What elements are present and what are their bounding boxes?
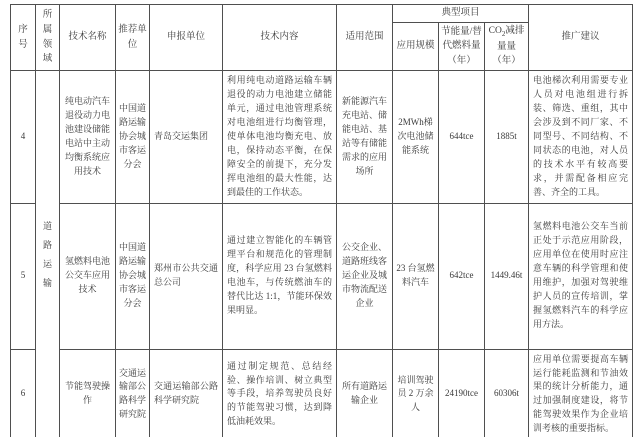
header-field-label: 所属领域	[43, 8, 53, 67]
cell-scope: 新能源汽车充电站、储能电站、基站等有储能需求的应用场所	[337, 71, 393, 203]
cell-promotion: 电池梯次利用需要专业人员对电池组进行拆装、筛选、重组，其中会涉及到不同厂家、不同…	[529, 71, 633, 203]
cell-promotion: 应用单位需要提高车辆运行能耗监测和节油效果的统计分析能力，通过加强制度建设，将节…	[529, 349, 633, 437]
table-row: 6 节能驾驶操作 交通运输部公路科学研究院 交通运输部公路科学研究院 通过制定规…	[11, 349, 633, 437]
catalog-table: 序号 所属领域 技术名称 推荐单位 申报单位 技术内容 适用范围 典型项目 推广…	[10, 4, 633, 437]
cell-co2: 1449.46t	[485, 203, 529, 349]
header-co2: CO2减排量量（年）	[485, 23, 529, 71]
header-seq-label: 序号	[18, 23, 28, 52]
cell-energy-saving: 644tce	[439, 71, 485, 203]
cell-scope: 公交企业、道路班线客运企业及城市物流配送企业	[337, 203, 393, 349]
table-row: 5 氢燃料电池公交车应用技术 中国道路运输协会城市客运分会 郑州市公共交通总公司…	[11, 203, 633, 349]
cell-energy-saving: 24190tce	[439, 349, 485, 437]
cell-applicant: 郑州市公共交通总公司	[150, 203, 223, 349]
header-field: 所属领域	[36, 5, 60, 71]
cell-recommender: 中国道路运输协会城市客运分会	[116, 71, 150, 203]
cell-applicant: 交通运输部公路科学研究院	[150, 349, 223, 437]
header-scale: 应用规模	[393, 23, 439, 71]
header-scope: 适用范围	[337, 5, 393, 71]
cell-tech-name: 纯电动汽车退役动力电池建设储能电站中主动均衡系统应用技术	[60, 71, 116, 203]
header-applicant: 申报单位	[150, 5, 223, 71]
cell-applicant: 青岛交运集团	[150, 71, 223, 203]
cell-promotion: 氢燃料电池公交车当前正处于示范应用阶段，应用单位在使用时应注意车辆的科学管理和使…	[529, 203, 633, 349]
cell-field-label: 道路运输	[43, 217, 52, 293]
cell-scope: 所有道路运输企业	[337, 349, 393, 437]
header-tech-name: 技术名称	[60, 5, 116, 71]
document-page: 序号 所属领域 技术名称 推荐单位 申报单位 技术内容 适用范围 典型项目 推广…	[0, 0, 640, 437]
cell-scale: 2MWh梯次电池储能系统	[393, 71, 439, 203]
table-header: 序号 所属领域 技术名称 推荐单位 申报单位 技术内容 适用范围 典型项目 推广…	[11, 5, 633, 71]
cell-recommender: 中国道路运输协会城市客运分会	[116, 203, 150, 349]
cell-tech-name: 节能驾驶操作	[60, 349, 116, 437]
header-typical-project: 典型项目	[393, 5, 529, 23]
cell-seq: 5	[11, 203, 36, 349]
cell-content: 利用纯电动道路运输车辆退役的动力电池建立储能单元，通过电池管理系统对电池组进行均…	[223, 71, 337, 203]
header-co2-prefix: CO	[489, 26, 502, 36]
header-seq: 序号	[11, 5, 36, 71]
cell-seq: 6	[11, 349, 36, 437]
header-promotion: 推广建议	[529, 5, 633, 71]
cell-co2: 60306t	[485, 349, 529, 437]
cell-field-merged: 道路运输	[36, 71, 60, 437]
cell-content: 通过制定规范、总结经验、操作培训、树立典型等手段，培养驾驶员良好的节能驾驶习惯，…	[223, 349, 337, 437]
cell-tech-name: 氢燃料电池公交车应用技术	[60, 203, 116, 349]
cell-energy-saving: 642tce	[439, 203, 485, 349]
cell-co2: 1885t	[485, 71, 529, 203]
table-row: 4 道路运输 纯电动汽车退役动力电池建设储能电站中主动均衡系统应用技术 中国道路…	[11, 71, 633, 203]
header-content: 技术内容	[223, 5, 337, 71]
cell-scale: 培训驾驶员 2 万余人	[393, 349, 439, 437]
header-energy-saving: 节能量/替代燃料量（年）	[439, 23, 485, 71]
cell-seq: 4	[11, 71, 36, 203]
cell-recommender: 交通运输部公路科学研究院	[116, 349, 150, 437]
header-recommender: 推荐单位	[116, 5, 150, 71]
cell-scale: 23 台氢燃料汽车	[393, 203, 439, 349]
cell-content: 通过建立智能化的车辆管理平台和规范化的管理制度，科学应用 23 台氢燃料电池车，…	[223, 203, 337, 349]
